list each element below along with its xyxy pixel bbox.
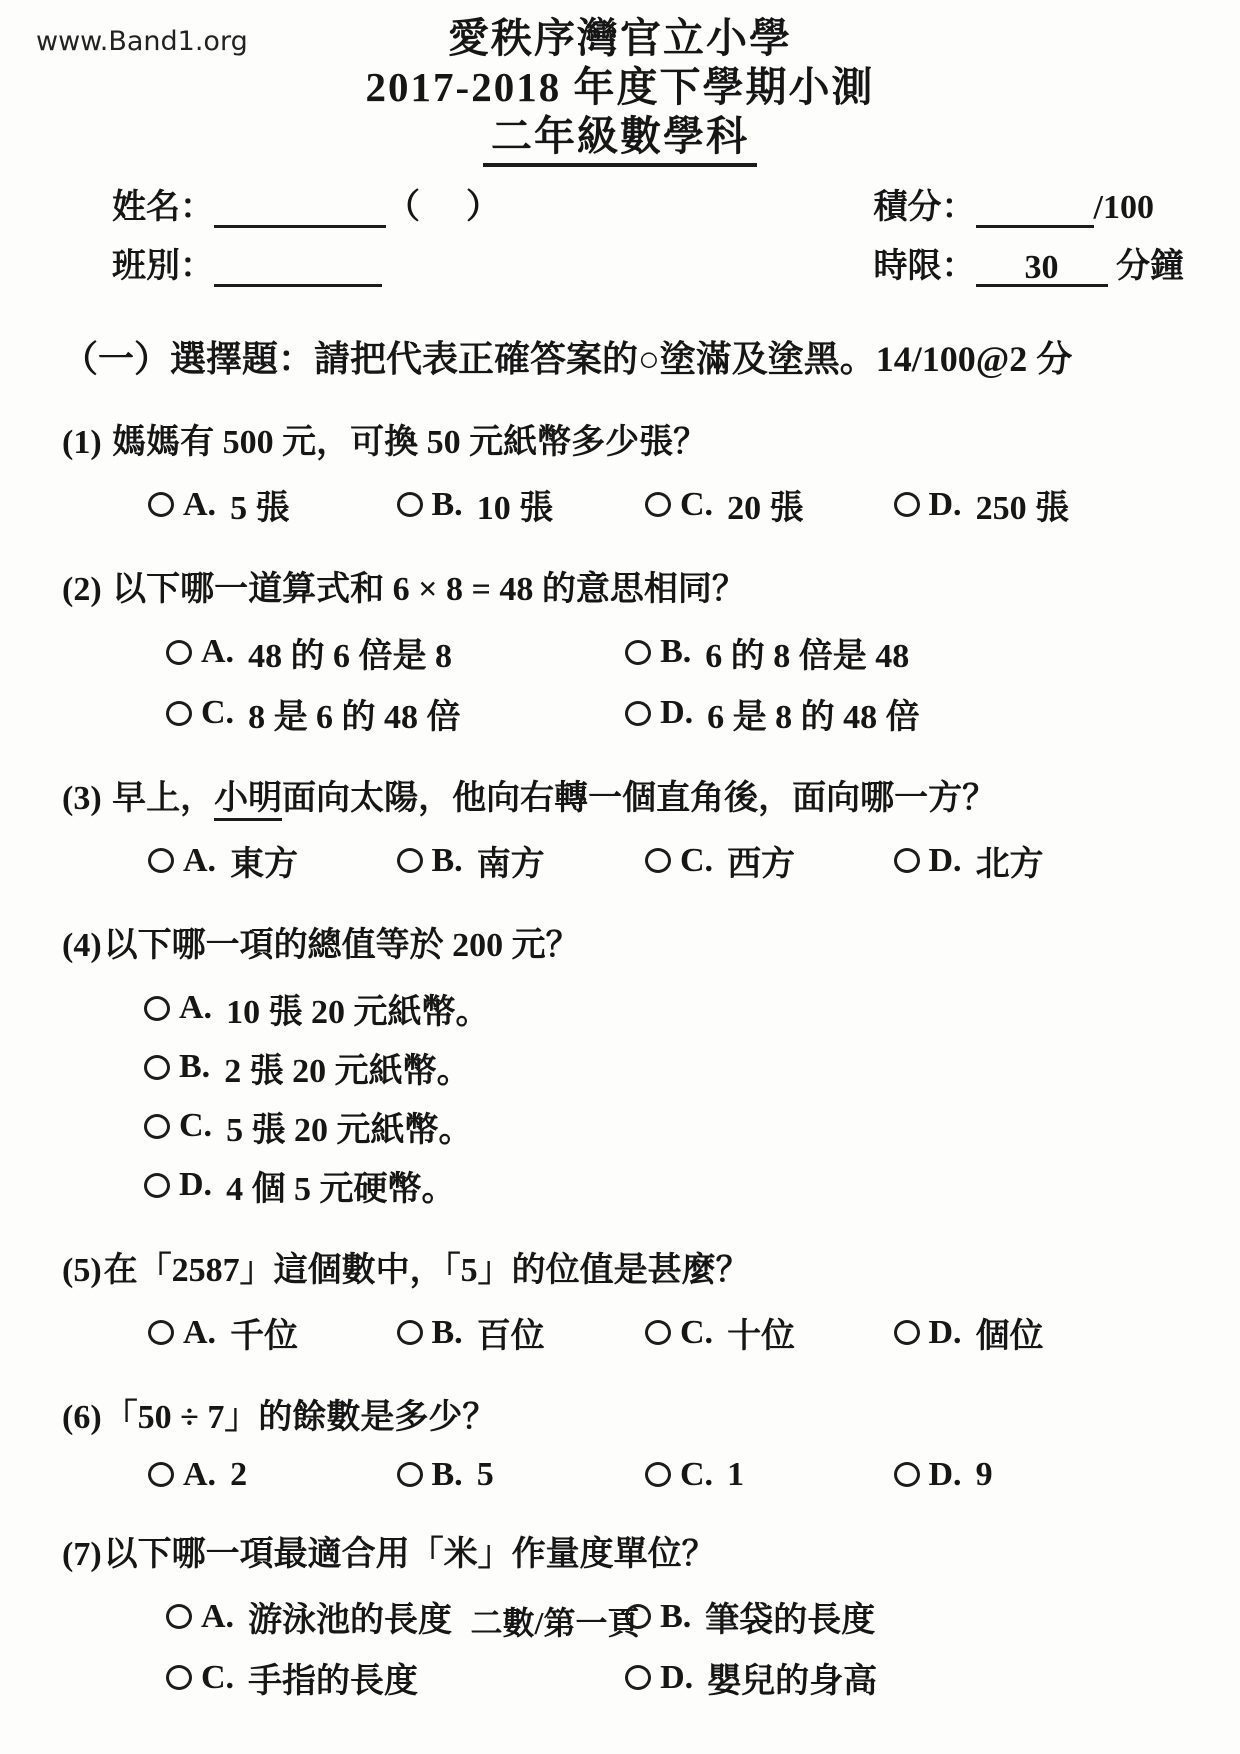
options: A.10 張 20 元紙幣。B.2 張 20 元紙幣。C.5 張 20 元紙幣。… — [62, 984, 1204, 1210]
option-label: D. — [660, 694, 693, 732]
question-number: (4) — [62, 927, 102, 964]
term-title: 2017-2018 年度下學期小測 — [0, 63, 1240, 112]
answer-bubble-icon[interactable] — [645, 848, 671, 873]
answer-bubble-icon[interactable] — [148, 1462, 174, 1487]
option-label: D. — [179, 1166, 212, 1204]
option-label: C. — [201, 694, 234, 732]
option-label: A. — [201, 633, 234, 671]
option-C[interactable]: C.8 是 6 的 48 倍 — [166, 689, 625, 738]
class-row: 班別： — [112, 238, 506, 287]
option-B[interactable]: B.2 張 20 元紙幣。 — [144, 1043, 1204, 1092]
option-text: 10 張 — [477, 480, 554, 529]
option-C[interactable]: C.20 張 — [645, 480, 894, 529]
score-field[interactable] — [976, 190, 1094, 228]
time-label: 時限： — [874, 248, 976, 285]
time-limit-value: 30 — [976, 249, 1108, 287]
watermark: www.Band1.org — [36, 26, 248, 57]
score-label: 積分： — [874, 189, 976, 226]
option-A[interactable]: A.2 — [148, 1456, 397, 1494]
option-text: 10 張 20 元紙幣。 — [226, 984, 490, 1033]
question-text: (2) 以下哪一道算式和 6 × 8 = 48 的意思相同？ — [62, 569, 1204, 612]
question-number: (1) — [62, 424, 102, 461]
question-3: (3) 早上，小明面向太陽，他向右轉一個直角後，面向哪一方？A.東方B.南方C.… — [0, 778, 1240, 886]
option-C[interactable]: C.5 張 20 元紙幣。 — [144, 1102, 1204, 1151]
option-label: A. — [183, 486, 216, 524]
answer-bubble-icon[interactable] — [397, 1320, 423, 1345]
question-2: (2) 以下哪一道算式和 6 × 8 = 48 的意思相同？A.48 的 6 倍… — [0, 569, 1240, 738]
option-text: 南方 — [477, 836, 545, 885]
answer-bubble-icon[interactable] — [397, 492, 423, 517]
question-number: (5) — [62, 1252, 102, 1289]
option-text: 十位 — [727, 1308, 795, 1357]
option-text: 1 — [727, 1456, 744, 1494]
option-text: 4 個 5 元硬幣。 — [226, 1161, 456, 1210]
option-B[interactable]: B.6 的 8 倍是 48 — [625, 628, 1164, 677]
answer-bubble-icon[interactable] — [645, 492, 671, 517]
option-A[interactable]: A.10 張 20 元紙幣。 — [144, 984, 1204, 1033]
info-right: 積分：/100 時限：30 分鐘 — [874, 179, 1185, 297]
answer-bubble-icon[interactable] — [625, 640, 651, 665]
page-footer: 二數/第一頁 — [0, 1598, 1240, 1644]
question-number: (6) — [62, 1399, 102, 1436]
options: A.5 張B.10 張C.20 張D.250 張 — [62, 480, 1142, 529]
option-label: A. — [179, 989, 212, 1027]
answer-bubble-icon[interactable] — [894, 1320, 920, 1345]
option-text: 5 張 — [230, 480, 290, 529]
option-label: C. — [201, 1659, 234, 1697]
question-6: (6)「50 ÷ 7」的餘數是多少？A.2B.5C.1D.9 — [0, 1397, 1240, 1494]
option-text: 6 的 8 倍是 48 — [705, 628, 909, 677]
question-text-part: 以下哪一項最適合用「米」作量度單位？ — [104, 1536, 716, 1573]
answer-bubble-icon[interactable] — [144, 1114, 170, 1139]
answer-bubble-icon[interactable] — [166, 640, 192, 665]
option-text: 嬰兒的身高 — [707, 1653, 877, 1702]
name-row: 姓名：（ ） — [112, 179, 506, 228]
question-text-part: 在「2587」這個數中，「5」的位值是甚麼？ — [104, 1252, 750, 1289]
option-label: C. — [680, 1456, 713, 1494]
answer-bubble-icon[interactable] — [148, 848, 174, 873]
option-text: 6 是 8 的 48 倍 — [707, 689, 920, 738]
answer-bubble-icon[interactable] — [144, 996, 170, 1021]
option-text: 千位 — [230, 1308, 298, 1357]
question-text-part: 以下哪一項的總值等於 200 元？ — [104, 927, 580, 964]
class-field[interactable] — [214, 249, 382, 287]
option-A[interactable]: A.千位 — [148, 1308, 397, 1357]
option-D[interactable]: D.4 個 5 元硬幣。 — [144, 1161, 1204, 1210]
answer-bubble-icon[interactable] — [166, 1665, 192, 1690]
option-label: C. — [680, 842, 713, 880]
option-text: 北方 — [976, 836, 1044, 885]
options: A.48 的 6 倍是 8B.6 的 8 倍是 48C.8 是 6 的 48 倍… — [62, 628, 1204, 738]
question-number: (2) — [62, 571, 102, 608]
option-text: 手指的長度 — [248, 1653, 418, 1702]
answer-bubble-icon[interactable] — [397, 1462, 423, 1487]
questions-container: (1) 媽媽有 500 元，可換 50 元紙幣多少張？A.5 張B.10 張C.… — [0, 422, 1240, 1703]
option-text: 9 — [976, 1456, 993, 1494]
class-number-paren: （ ） — [386, 189, 506, 226]
question-number: (7) — [62, 1536, 102, 1573]
option-label: A. — [183, 842, 216, 880]
name-label: 姓名： — [112, 189, 214, 226]
option-D[interactable]: D.250 張 — [894, 480, 1143, 529]
option-label: B. — [432, 1456, 463, 1494]
option-D[interactable]: D.9 — [894, 1456, 1143, 1494]
option-A[interactable]: A.東方 — [148, 836, 397, 885]
option-B[interactable]: B.10 張 — [397, 480, 646, 529]
option-label: D. — [929, 1456, 962, 1494]
answer-bubble-icon[interactable] — [894, 492, 920, 517]
option-label: A. — [183, 1456, 216, 1494]
option-label: D. — [660, 1659, 693, 1697]
option-label: B. — [432, 486, 463, 524]
option-text: 2 張 20 元紙幣。 — [224, 1043, 471, 1092]
time-row: 時限：30 分鐘 — [874, 238, 1185, 287]
question-text-part: 媽媽有 500 元，可換 50 元紙幣多少張？ — [104, 424, 708, 461]
option-label: B. — [660, 633, 691, 671]
option-A[interactable]: A.48 的 6 倍是 8 — [166, 628, 625, 677]
option-D[interactable]: D.嬰兒的身高 — [625, 1653, 1164, 1702]
answer-bubble-icon[interactable] — [894, 848, 920, 873]
name-field[interactable] — [214, 190, 386, 228]
answer-bubble-icon[interactable] — [625, 1665, 651, 1690]
question-text-part: 面向太陽，他向右轉一個直角後，面向哪一方？ — [282, 780, 996, 817]
option-D[interactable]: D.6 是 8 的 48 倍 — [625, 689, 1164, 738]
option-label: C. — [179, 1107, 212, 1145]
option-text: 個位 — [976, 1308, 1044, 1357]
question-text: (6)「50 ÷ 7」的餘數是多少？ — [62, 1397, 1204, 1440]
score-row: 積分：/100 — [874, 179, 1185, 228]
question-text: (1) 媽媽有 500 元，可換 50 元紙幣多少張？ — [62, 422, 1204, 465]
option-B[interactable]: B.5 — [397, 1456, 646, 1494]
answer-bubble-icon[interactable] — [894, 1462, 920, 1487]
option-text: 48 的 6 倍是 8 — [248, 628, 452, 677]
option-C[interactable]: C.手指的長度 — [166, 1653, 625, 1702]
score-denominator: /100 — [1094, 189, 1154, 226]
option-text: 250 張 — [976, 480, 1070, 529]
question-5: (5)在「2587」這個數中，「5」的位值是甚麼？A.千位B.百位C.十位D.個… — [0, 1250, 1240, 1358]
option-label: C. — [680, 1314, 713, 1352]
answer-bubble-icon[interactable] — [144, 1055, 170, 1080]
option-C[interactable]: C.十位 — [645, 1308, 894, 1357]
option-text: 5 張 20 元紙幣。 — [226, 1102, 473, 1151]
option-text: 8 是 6 的 48 倍 — [248, 689, 461, 738]
option-D[interactable]: D.北方 — [894, 836, 1143, 885]
option-label: D. — [929, 1314, 962, 1352]
question-text: (7)以下哪一項最適合用「米」作量度單位？ — [62, 1534, 1204, 1577]
option-D[interactable]: D.個位 — [894, 1308, 1143, 1357]
subject-title: 二年級數學科 — [0, 112, 1240, 166]
question-text: (5)在「2587」這個數中，「5」的位值是甚麼？ — [62, 1250, 1204, 1293]
option-text: 東方 — [230, 836, 298, 885]
title-block: 愛秩序灣官立小學 2017-2018 年度下學期小測 二年級數學科 — [0, 0, 1240, 167]
option-text: 20 張 — [727, 480, 804, 529]
underlined-text: 小明 — [214, 780, 282, 821]
info-block: 姓名：（ ） 班別： 積分：/100 時限：30 分鐘 — [0, 167, 1240, 297]
question-text: (4)以下哪一項的總值等於 200 元？ — [62, 925, 1204, 968]
option-B[interactable]: B.南方 — [397, 836, 646, 885]
option-label: C. — [680, 486, 713, 524]
question-text-part: 「50 ÷ 7」的餘數是多少？ — [104, 1399, 497, 1436]
option-text: 西方 — [727, 836, 795, 885]
option-C[interactable]: C.西方 — [645, 836, 894, 885]
answer-bubble-icon[interactable] — [645, 1462, 671, 1487]
question-4: (4)以下哪一項的總值等於 200 元？A.10 張 20 元紙幣。B.2 張 … — [0, 925, 1240, 1210]
option-label: B. — [179, 1048, 210, 1086]
answer-bubble-icon[interactable] — [166, 701, 192, 726]
question-1: (1) 媽媽有 500 元，可換 50 元紙幣多少張？A.5 張B.10 張C.… — [0, 422, 1240, 530]
answer-bubble-icon[interactable] — [397, 848, 423, 873]
options: A.2B.5C.1D.9 — [62, 1456, 1142, 1494]
options: A.千位B.百位C.十位D.個位 — [62, 1308, 1142, 1357]
section-heading: （一）選擇題：請把代表正確答案的○塗滿及塗黑。14/100@2 分 — [0, 297, 1240, 382]
option-B[interactable]: B.百位 — [397, 1308, 646, 1357]
option-label: B. — [432, 1314, 463, 1352]
options: A.東方B.南方C.西方D.北方 — [62, 836, 1142, 885]
class-label: 班別： — [112, 248, 214, 285]
question-text-part: 早上， — [104, 780, 215, 817]
time-unit: 分鐘 — [1116, 248, 1184, 285]
question-text-part: 以下哪一道算式和 6 × 8 = 48 的意思相同？ — [104, 571, 746, 608]
question-number: (3) — [62, 780, 102, 817]
question-text: (3) 早上，小明面向太陽，他向右轉一個直角後，面向哪一方？ — [62, 778, 1204, 821]
answer-bubble-icon[interactable] — [148, 1320, 174, 1345]
answer-bubble-icon[interactable] — [148, 492, 174, 517]
option-C[interactable]: C.1 — [645, 1456, 894, 1494]
option-text: 5 — [477, 1456, 494, 1494]
answer-bubble-icon[interactable] — [144, 1173, 170, 1198]
test-paper-page: www.Band1.org 愛秩序灣官立小學 2017-2018 年度下學期小測… — [0, 0, 1240, 1754]
option-text: 百位 — [477, 1308, 545, 1357]
option-text: 2 — [230, 1456, 247, 1494]
subject-title-text: 二年級數學科 — [483, 112, 757, 166]
answer-bubble-icon[interactable] — [645, 1320, 671, 1345]
option-A[interactable]: A.5 張 — [148, 480, 397, 529]
option-label: A. — [183, 1314, 216, 1352]
option-label: D. — [929, 842, 962, 880]
option-label: B. — [432, 842, 463, 880]
answer-bubble-icon[interactable] — [625, 701, 651, 726]
info-left: 姓名：（ ） 班別： — [112, 179, 506, 297]
option-label: D. — [929, 486, 962, 524]
